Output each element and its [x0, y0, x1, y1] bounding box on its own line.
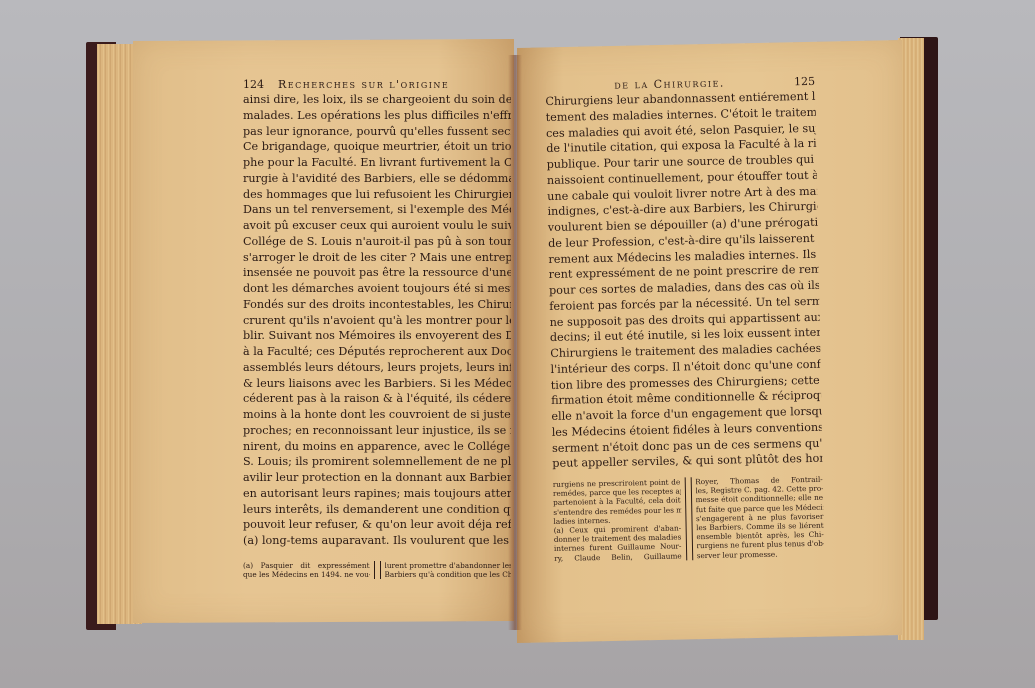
- right-page-text: de la Chirurgie. 125 Chirurgiens leur ab…: [545, 75, 824, 563]
- text-line: Collége de S. Louis n'auroit-il pas pû à…: [243, 234, 511, 250]
- footnote-separator: [684, 477, 693, 560]
- text-line: s'arroger le droit de les citer ? Mais u…: [243, 250, 511, 266]
- footnote-line: (a) Pasquier dit expressément: [243, 561, 370, 570]
- text-line: nirent, du moins en apparence, avec le C…: [243, 439, 511, 455]
- footnote-line: lurent promettre d'abandonner les: [385, 561, 512, 570]
- text-line: à la Faculté; ces Députés reprocherent a…: [243, 344, 511, 360]
- left-running-head: 124 Recherches sur l'origine: [243, 78, 511, 92]
- text-line: insensée ne pouvoit pas être la ressourc…: [243, 265, 511, 281]
- text-line: moins à la honte dont les couvroient de …: [243, 407, 511, 423]
- text-line: (a) long-tems auparavant. Ils voulurent …: [243, 533, 511, 549]
- right-footnotes: rurgiens ne prescriroient point de reméd…: [553, 475, 825, 563]
- text-line: dont les démarches avoient toujours été …: [243, 281, 511, 297]
- page-number-left: 124: [243, 78, 264, 92]
- text-line: Ce brigandage, quoique meurtrier, étoit …: [243, 139, 511, 155]
- text-line: phe pour la Faculté. En livrant furtivem…: [243, 155, 511, 171]
- text-line: avilir leur protection en la donnant aux…: [243, 470, 511, 486]
- left-running-title: Recherches sur l'origine: [264, 78, 511, 92]
- text-line: proches; en reconnoissant leur injustice…: [243, 423, 511, 439]
- text-line: & leurs liaisons avec les Barbiers. Si l…: [243, 376, 511, 392]
- page-number-right: 125: [794, 75, 815, 89]
- footnote-column-right: Royer, Thomas de Fontrail- les, Registre…: [695, 475, 824, 560]
- text-line: pas leur ignorance, pourvû qu'elles fuss…: [243, 124, 511, 140]
- footnote-column-left: rurgiens ne prescriroient point de reméd…: [553, 477, 682, 562]
- text-line: en autorisant leurs rapines; mais toujou…: [243, 486, 511, 502]
- photo-scene: 124 Recherches sur l'origine ainsi dire,…: [0, 0, 1035, 688]
- text-line: céderent pas à la raison & à l'équité, i…: [243, 391, 511, 407]
- text-line: S. Louis; ils promirent solemnellement d…: [243, 454, 511, 470]
- text-line: blir. Suivant nos Mémoires ils envoyeren…: [243, 328, 511, 344]
- text-line: ainsi dire, les loix, ils se chargeoient…: [243, 92, 511, 108]
- text-line: Dans un tel renversement, si l'exemple d…: [243, 202, 511, 218]
- text-line: crurent qu'ils n'avoient qu'à les montre…: [243, 313, 511, 329]
- text-line: Fondés sur des droits incontestables, le…: [243, 297, 511, 313]
- left-body: ainsi dire, les loix, ils se chargeoient…: [243, 92, 511, 549]
- right-body: Chirurgiens leur abandonnassent entiérem…: [545, 89, 822, 472]
- text-line: avoit pû excuser ceux qui auroient voulu…: [243, 218, 511, 234]
- footnote-line: Barbiers qu'à condition que les Chi-: [385, 570, 512, 579]
- text-line: malades. Les opérations les plus diffici…: [243, 108, 511, 124]
- text-line: pouvoit leur refuser, & qu'on leur avoit…: [243, 517, 511, 533]
- text-line: rurgie à l'avidité des Barbiers, elle se…: [243, 171, 511, 187]
- footnote-separator: [374, 561, 381, 579]
- text-line: leurs interêts, ils demanderent une cond…: [243, 502, 511, 518]
- left-page-text: 124 Recherches sur l'origine ainsi dire,…: [243, 78, 511, 579]
- text-line: assemblés leurs détours, leurs projets, …: [243, 360, 511, 376]
- footnote-column-left: (a) Pasquier dit expressément que les Mé…: [243, 561, 370, 579]
- left-footnotes: (a) Pasquier dit expressément que les Mé…: [243, 561, 511, 579]
- footnote-column-right: lurent promettre d'abandonner les Barbie…: [385, 561, 512, 579]
- footnote-line: que les Médecins en 1494. ne vou-: [243, 570, 370, 579]
- text-line: des hommages que lui refusoient les Chir…: [243, 187, 511, 203]
